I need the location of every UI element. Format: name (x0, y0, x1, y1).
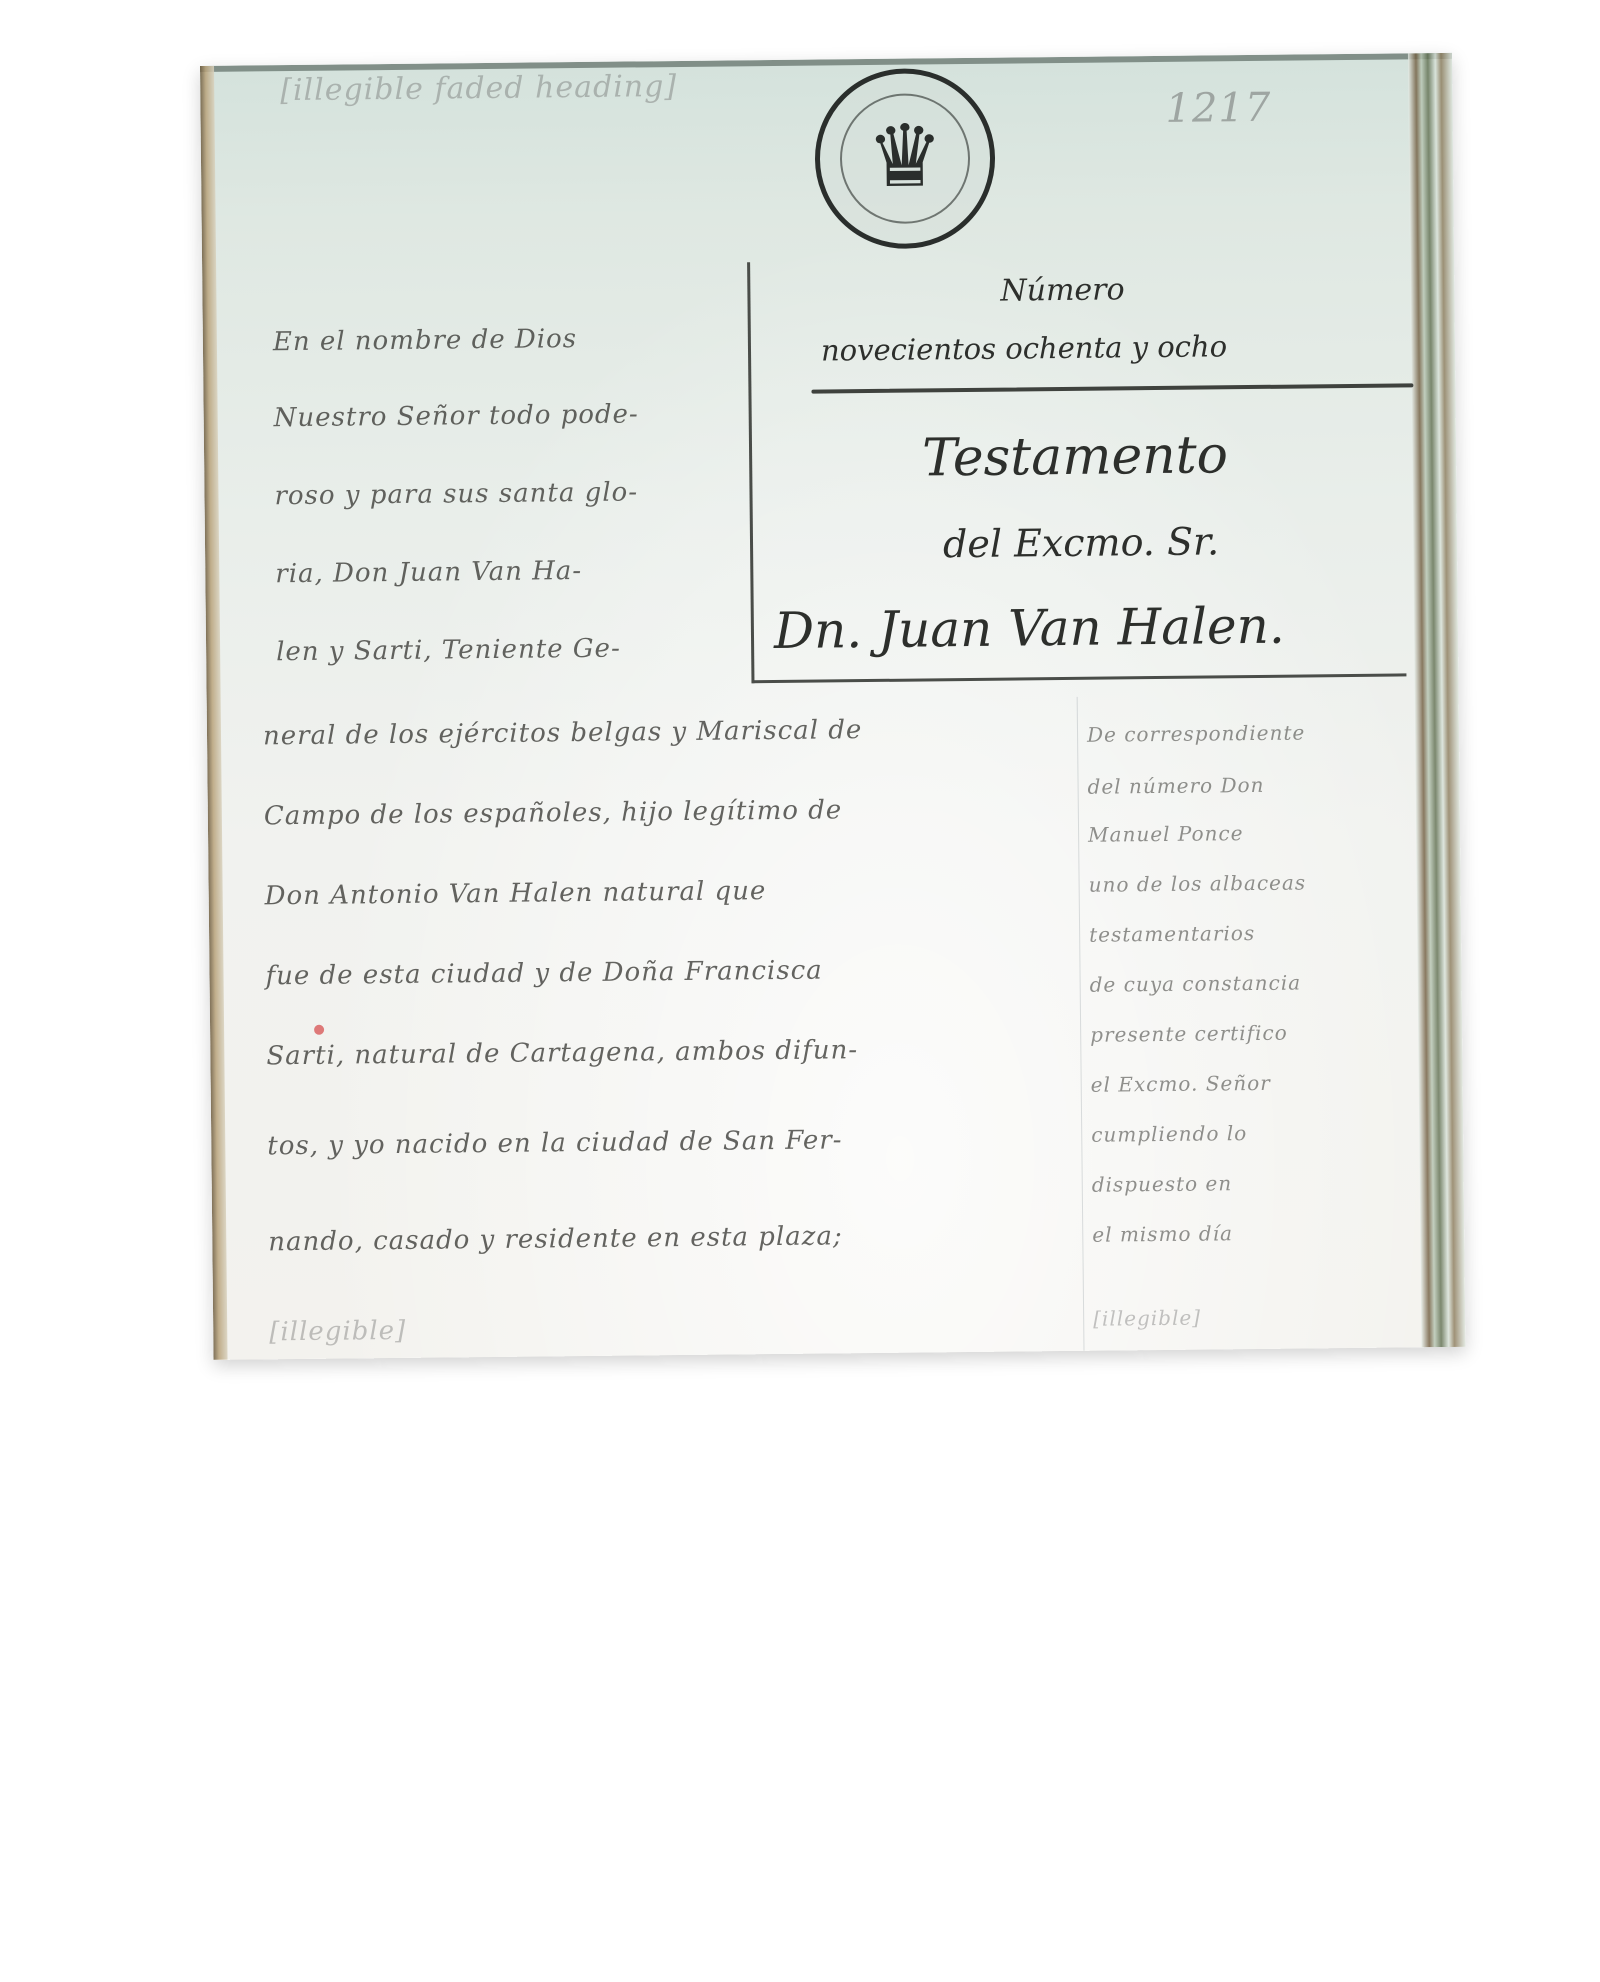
margin-note-line: de cuya constancia (1090, 971, 1302, 997)
margin-note-line: De correspondiente (1087, 720, 1305, 746)
text-line: Campo de los españoles, hijo legítimo de (264, 795, 843, 831)
text-line: Sarti, natural de Cartagena, ambos difun… (266, 1035, 858, 1071)
text-line: roso y para sus santa glo- (274, 477, 638, 511)
book-binding (1408, 53, 1466, 1347)
margin-guide (1077, 697, 1085, 1357)
text-line: Nuestro Señor todo pode- (274, 399, 639, 433)
faded-heading: [illegible faded heading] (280, 69, 677, 108)
header-honorific: del Excmo. Sr. (943, 519, 1219, 566)
page-left-edge (200, 66, 228, 1360)
margin-note-line: cumpliendo lo (1091, 1121, 1247, 1147)
margin-note-line: presente certifico (1090, 1021, 1288, 1047)
header-number-label: Número (1000, 272, 1125, 308)
margin-note-line: dispuesto en (1092, 1171, 1233, 1196)
margin-note-line: testamentarios (1089, 921, 1255, 947)
margin-note-line: uno de los albaceas (1088, 870, 1306, 896)
text-line: ria, Don Juan Van Ha- (275, 556, 582, 589)
header-number-words: novecientos ochenta y ocho (821, 329, 1227, 367)
text-line: fue de esta ciudad y de Doña Francisca (265, 956, 822, 992)
manuscript-page: [illegible faded heading] 1217 ♛ Número … (200, 53, 1465, 1360)
text-line: tos, y yo nacido en la ciudad de San Fer… (267, 1125, 843, 1161)
red-ink-mark (314, 1025, 324, 1035)
header-box: Número novecientos ochenta y ocho Testam… (747, 255, 1406, 683)
text-line: Don Antonio Van Halen natural que (265, 876, 767, 911)
header-name: Dn. Juan Van Halen. (774, 597, 1285, 660)
page-number: 1217 (1165, 85, 1271, 132)
seated-figure-seal-icon: ♛ (814, 68, 996, 250)
text-line: [illegible] (269, 1316, 406, 1347)
text-line: nando, casado y residente en esta plaza; (268, 1221, 843, 1257)
header-title: Testamento (922, 425, 1228, 488)
header-underline (811, 383, 1413, 393)
seal-figure: ♛ (866, 114, 944, 201)
text-line: neral de los ejércitos belgas y Mariscal… (263, 715, 863, 751)
margin-note-line: Manuel Ponce (1088, 821, 1244, 847)
margin-note-line: [illegible] (1093, 1306, 1201, 1331)
margin-note-line: del número Don (1087, 773, 1264, 799)
text-line: len y Sarti, Teniente Ge- (276, 634, 621, 668)
margin-note-line: el mismo día (1092, 1221, 1233, 1246)
margin-note-line: el Excmo. Señor (1091, 1071, 1271, 1097)
page-top-edge (200, 53, 1452, 72)
text-line: En el nombre de Dios (273, 324, 577, 357)
